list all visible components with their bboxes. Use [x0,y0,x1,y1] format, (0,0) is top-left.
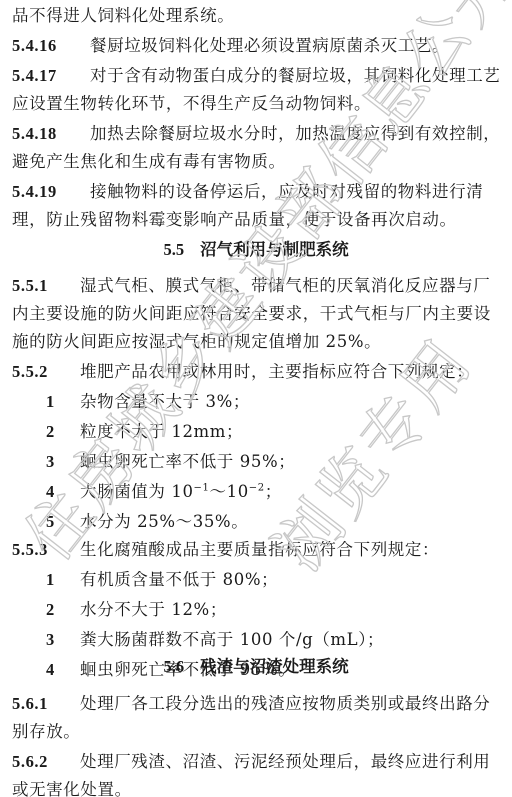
paragraph-line: 施的防火间距应按湿式气柜的规定值增加 25%。 [12,332,502,352]
clause-number: 5.6.2 [12,752,80,772]
line-text: 应设置生物转化环节，不得生产反刍动物饲料。 [12,94,371,113]
clause-number: 5.6.1 [12,694,80,714]
line-text: 避免产生焦化和生成有毒有害物质。 [12,152,286,171]
item-number: 1 [46,392,80,412]
clause-text: 处理厂各工段分选出的残渣应按物质类别或最终出路分 [80,694,490,713]
section-heading-5-5: 5.5沼气利用与制肥系统 [0,240,512,260]
item-text: 蛔虫卵死亡率不低于 95%； [80,452,295,471]
line-text: 施的防火间距应按湿式气柜的规定值增加 25%。 [12,332,381,351]
item-text: 粪大肠菌群数不高于 100 个/g（mL）； [80,630,384,649]
line-text: 或无害化处置。 [12,780,132,797]
item-number: 1 [46,570,80,590]
clause-number: 5.5.1 [12,276,80,296]
paragraph-line: 避免产生焦化和生成有毒有害物质。 [12,152,502,172]
line-text: 品不得进人饲料化处理系统。 [12,6,234,25]
clause-5-4-17: 5.4.17对于含有动物蛋白成分的餐厨垃圾，其饲料化处理工艺 [12,66,502,86]
clause-5-4-16: 5.4.16餐厨垃圾饲料化处理必须设置病原菌杀灭工艺。 [12,36,502,56]
clause-text: 堆肥产品农用或林用时，主要指标应符合下列规定： [80,362,473,381]
item-number: 2 [46,600,80,620]
clause-number: 5.4.16 [12,36,90,56]
paragraph-line: 理，防止残留物料霉变影响产品质量，便于设备再次启动。 [12,210,502,230]
item-number: 5 [46,512,80,532]
list-item: 1有机质含量不低于 80%； [12,570,502,590]
list-item: 2水分不大于 12%； [12,600,502,620]
clause-text: 餐厨垃圾饲料化处理必须设置病原菌杀灭工艺。 [90,36,449,55]
text-segment: ～10 [210,482,249,501]
clause-number: 5.4.19 [12,182,90,202]
section-heading-5-6: 5.6残渣与沼渣处理系统 [0,657,512,677]
list-item: 3蛔虫卵死亡率不低于 95%； [12,452,502,472]
clause-5-4-18: 5.4.18加热去除餐厨垃圾水分时，加热温度应得到有效控制， [12,124,502,144]
line-text: 别存放。 [12,722,80,741]
line-text: 内主要设施的防火间距应符合安全要求，干式气柜与厂内主要设 [12,304,491,323]
clause-text: 处理厂残渣、沼渣、污泥经预处理后，最终应进行利用 [80,752,490,771]
clause-number: 5.5.3 [12,540,80,560]
clause-text: 接触物料的设备停运后，应及时对残留的物料进行清 [90,182,483,201]
superscript: −1 [194,483,210,494]
list-item: 5水分为 25%～35%。 [12,512,502,532]
list-item: 4大肠菌值为 10−1～10−2； [12,482,502,502]
superscript: −2 [249,483,265,494]
clause-text: 加热去除餐厨垃圾水分时，加热温度应得到有效控制， [90,124,500,143]
clause-text: 生化腐殖酸成品主要质量指标应符合下列规定： [80,540,439,559]
section-number: 5.5 [163,240,184,259]
clause-5-4-19: 5.4.19接触物料的设备停运后，应及时对残留的物料进行清 [12,182,502,202]
text-segment: ； [265,482,282,501]
text-segment: 大肠菌值为 10 [80,482,194,501]
item-number: 3 [46,630,80,650]
document-page: 品不得进人饲料化处理系统。 5.4.16餐厨垃圾饲料化处理必须设置病原菌杀灭工艺… [0,0,512,797]
clause-5-5-2: 5.5.2堆肥产品农用或林用时，主要指标应符合下列规定： [12,362,502,382]
item-text: 粒度不大于 12mm； [80,422,243,441]
item-number: 4 [46,482,80,502]
paragraph-line: 别存放。 [12,722,502,742]
paragraph-line: 或无害化处置。 [12,780,502,797]
item-number: 2 [46,422,80,442]
clause-text: 湿式气柜、膜式气柜、带储气柜的厌氧消化反应器与厂 [80,276,490,295]
section-title: 沼气利用与制肥系统 [200,240,349,259]
clause-number: 5.4.18 [12,124,90,144]
list-item: 1杂物含量不大于 3%； [12,392,502,412]
clause-number: 5.4.17 [12,66,90,86]
paragraph-line: 品不得进人饲料化处理系统。 [12,6,502,26]
item-number: 3 [46,452,80,472]
clause-text: 对于含有动物蛋白成分的餐厨垃圾，其饲料化处理工艺 [90,66,500,85]
section-title: 残渣与沼渣处理系统 [200,657,349,676]
paragraph-line: 内主要设施的防火间距应符合安全要求，干式气柜与厂内主要设 [12,304,502,324]
list-item: 3粪大肠菌群数不高于 100 个/g（mL）； [12,630,502,650]
item-text: 有机质含量不低于 80%； [80,570,278,589]
item-text: 杂物含量不大于 3%； [80,392,250,411]
clause-5-6-2: 5.6.2处理厂残渣、沼渣、污泥经预处理后，最终应进行利用 [12,752,502,772]
item-text: 水分不大于 12%； [80,600,227,619]
clause-5-6-1: 5.6.1处理厂各工段分选出的残渣应按物质类别或最终出路分 [12,694,502,714]
line-text: 理，防止残留物料霉变影响产品质量，便于设备再次启动。 [12,210,457,229]
item-text: 水分为 25%～35%。 [80,512,248,531]
item-text: 大肠菌值为 10−1～10−2； [80,482,282,501]
clause-5-5-1: 5.5.1湿式气柜、膜式气柜、带储气柜的厌氧消化反应器与厂 [12,276,502,296]
clause-number: 5.5.2 [12,362,80,382]
section-number: 5.6 [163,657,184,676]
list-item: 2粒度不大于 12mm； [12,422,502,442]
paragraph-line: 应设置生物转化环节，不得生产反刍动物饲料。 [12,94,502,114]
clause-5-5-3: 5.5.3生化腐殖酸成品主要质量指标应符合下列规定： [12,540,502,560]
